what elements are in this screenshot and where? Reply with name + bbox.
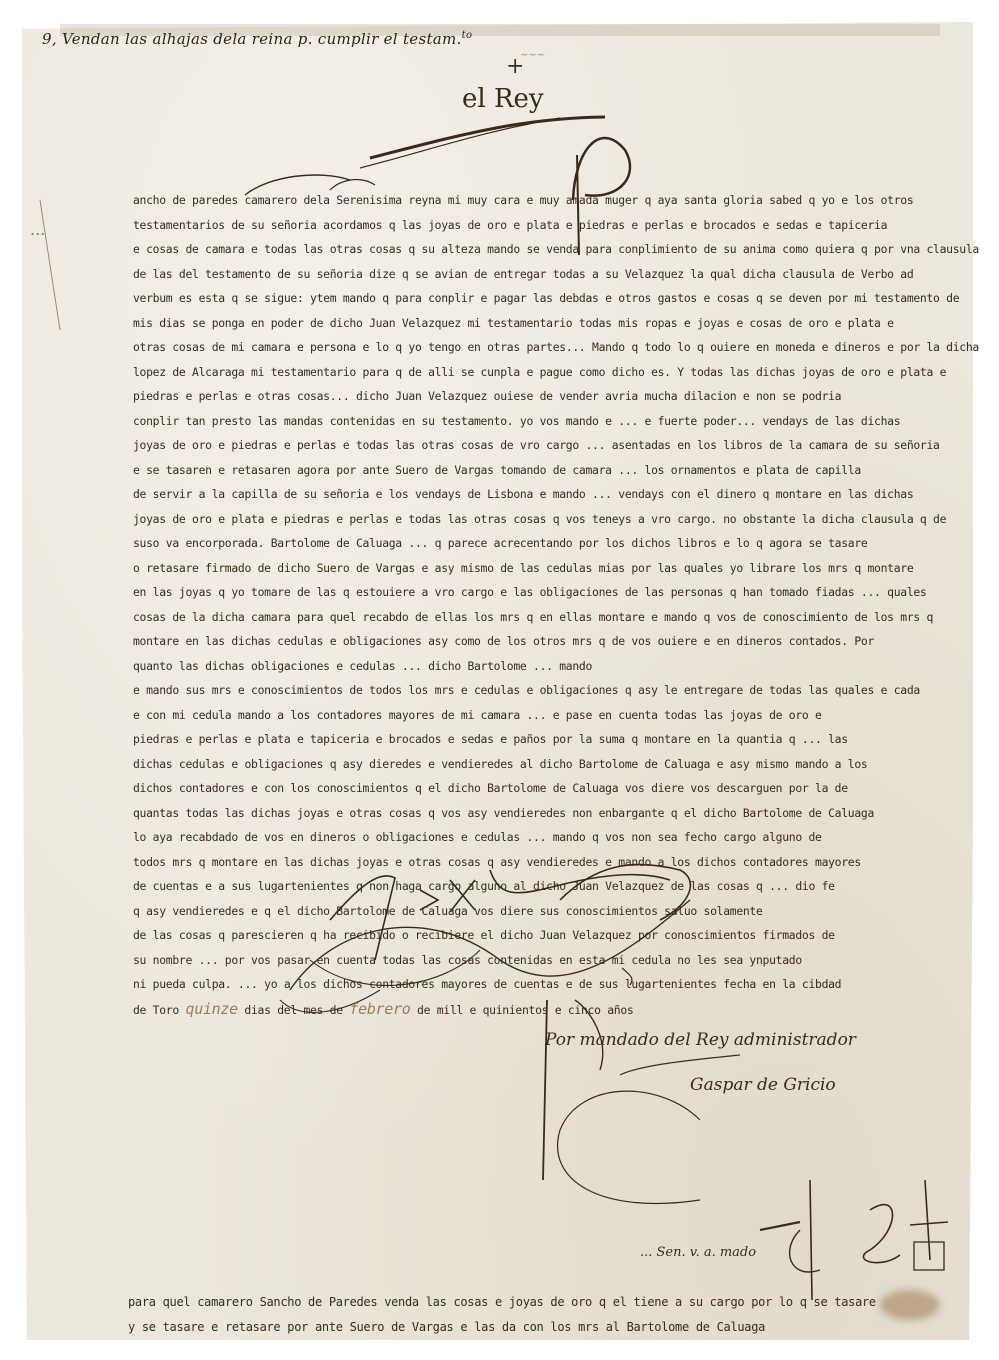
text-line: e cosas de camara e todas las otras cosa…: [133, 237, 983, 262]
text-line: quantas todas las dichas joyas e otras c…: [133, 801, 983, 826]
text-line: e mando sus mrs e conoscimientos de todo…: [133, 678, 983, 703]
text-line: suso va encorporada. Bartolome de Caluag…: [133, 531, 983, 556]
text-line: dichos contadores e con los conoscimient…: [133, 776, 983, 801]
text-line: joyas de oro e plata e piedras e perlas …: [133, 507, 983, 532]
text-line: quanto las dichas obligaciones e cedulas…: [133, 654, 983, 679]
text-line: piedras e perlas e otras cosas... dicho …: [133, 384, 983, 409]
summary-footer-note: para quel camarero Sancho de Paredes ven…: [128, 1290, 908, 1339]
text-line: de cuentas e a sus lugartenientes q non …: [133, 874, 983, 899]
text-line: lo aya recabdado de vos en dineros o obl…: [133, 825, 983, 850]
text-line: ni pueda culpa. ... yo a los dichos cont…: [133, 972, 983, 997]
footer-line: para quel camarero Sancho de Paredes ven…: [128, 1290, 908, 1315]
text-line: en las joyas q yo tomare de las q estoui…: [133, 580, 983, 605]
text-line: montare en las dichas cedulas e obligaci…: [133, 629, 983, 654]
text-line: piedras e perlas e plata e tapiceria e b…: [133, 727, 983, 752]
text-line: otras cosas de mi camara e persona e lo …: [133, 335, 983, 360]
date-day: quinze: [185, 1000, 237, 1018]
text-line: todos mrs q montare en las dichas joyas …: [133, 850, 983, 875]
text-line: cosas de la dicha camara para quel recab…: [133, 605, 983, 630]
date-line: de Toro quinze dias del mes de febrero d…: [133, 997, 983, 1022]
countersignature-line1: Por mandado del Rey administrador: [545, 1030, 856, 1050]
text-line: de las cosas q parescieren q ha recibido…: [133, 923, 983, 948]
rubric-note: ... Sen. v. a. mado: [640, 1245, 756, 1260]
text-line: su nombre ... por vos pasar en cuenta to…: [133, 948, 983, 973]
text-line: e se tasaren e retasaren agora por ante …: [133, 458, 983, 483]
text-line: lopez de Alcaraga mi testamentario para …: [133, 360, 983, 385]
date-month: febrero: [349, 1000, 410, 1018]
text-line: o retasare firmado de dicho Suero de Var…: [133, 556, 983, 581]
text-line: ancho de paredes camarero dela Serenisim…: [133, 188, 983, 213]
text-line: de las del testamento de su señoria dize…: [133, 262, 983, 287]
text-line: testamentarios de su señoria acordamos q…: [133, 213, 983, 238]
countersignature-line2: Gaspar de Gricio: [690, 1075, 836, 1095]
text-line: conplir tan presto las mandas contenidas…: [133, 409, 983, 434]
text-line: dichas cedulas e obligaciones q asy dier…: [133, 752, 983, 777]
text-line: joyas de oro e piedras e perlas e todas …: [133, 433, 983, 458]
cedula-body-text: ancho de paredes camarero dela Serenisim…: [133, 188, 983, 1021]
text-line: q asy vendieredes e q el dicho Bartolome…: [133, 899, 983, 924]
text-line: de servir a la capilla de su señoria e l…: [133, 482, 983, 507]
text-line: verbum es esta q se sigue: ytem mando q …: [133, 286, 983, 311]
footer-line: y se tasare e retasare por ante Suero de…: [128, 1315, 908, 1340]
text-line: mis dias se ponga en poder de dicho Juan…: [133, 311, 983, 336]
text-line: e con mi cedula mando a los contadores m…: [133, 703, 983, 728]
